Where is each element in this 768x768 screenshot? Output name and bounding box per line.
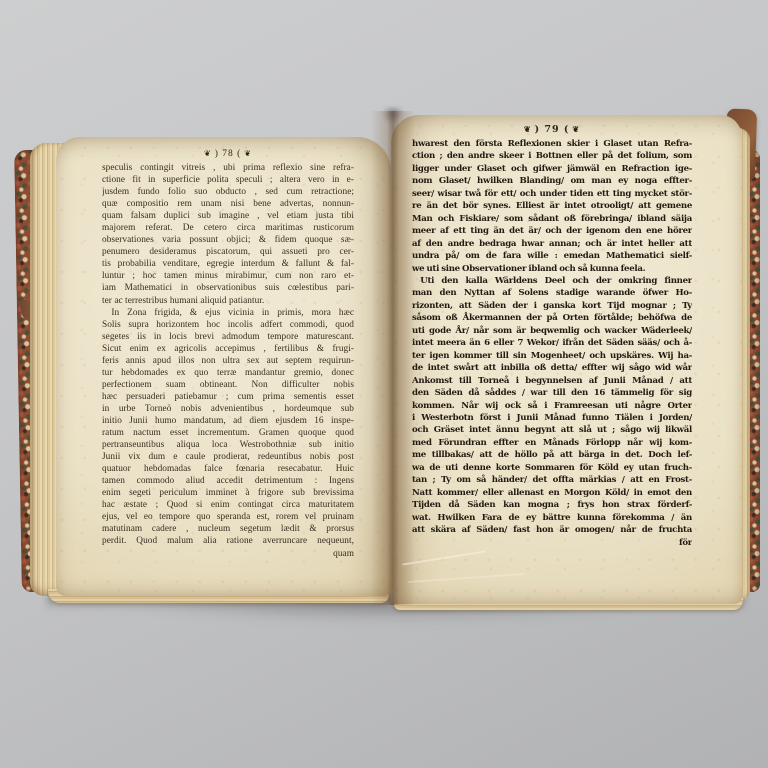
text-line: undra på/ om de fara wille : emedan Math… xyxy=(412,250,692,262)
printer-ornament-icon: ❦ xyxy=(244,149,252,158)
photo-background: ❦) 78 (❦ speculis contingit vitreis , ub… xyxy=(0,0,768,768)
text-line: Solis supra horizontem hoc incolis adfer… xyxy=(102,319,354,331)
text-line: Uti den kalla Wärldens Deel och der omkr… xyxy=(412,275,692,287)
text-line: iam Mathematici in observationibus suis … xyxy=(102,282,354,294)
text-line: intet meera än 6 eller 7 Wekor/ ifrån de… xyxy=(412,337,692,349)
text-line: enim segeti periculum imminet à frigore … xyxy=(102,487,354,499)
text-line: observationes varia possunt objici; & fi… xyxy=(102,234,354,246)
text-line: ter ac terrestribus humani aliquid patia… xyxy=(102,295,354,307)
right-page: ❦) 79 (❦ hwarest den första Reflexionen … xyxy=(391,115,742,604)
text-line: tamen commodo aliud accedit detrimentum … xyxy=(102,475,354,487)
text-line: tan ; Ty om så händer/ det offta märkias… xyxy=(412,474,692,486)
text-line: tis probabilia venditare, egregie interd… xyxy=(102,258,354,270)
left-page-header: ❦) 78 (❦ xyxy=(102,149,354,159)
left-page: ❦) 78 (❦ speculis contingit vitreis , ub… xyxy=(56,137,391,596)
text-line: för xyxy=(412,537,692,549)
left-page-number: ) 78 ( xyxy=(215,149,242,159)
text-line: ratum nactum esset incrementum. Gramen q… xyxy=(102,427,354,439)
text-line: quam falsam duplici sub imagine , vel et… xyxy=(102,210,354,222)
text-line: perdit. Quod malum alia ratione averrunc… xyxy=(102,535,354,547)
text-line: re än det bör synes. Elliest är intet ot… xyxy=(412,200,692,212)
text-line: seer/ wisar twå för ett/ och under tiden… xyxy=(412,188,692,200)
text-line: tur hebdomades ex quo terræ mandantur gr… xyxy=(102,367,354,379)
text-line: segetes iis in locis brevi admodum tempo… xyxy=(102,331,354,343)
text-line: luntur ; hoc tamen minus mirabimur, cum … xyxy=(102,270,354,282)
text-line: ejus, vel eo tempore quo speranda est, r… xyxy=(102,511,354,523)
text-line: med Förundran effter en Månads Förlopp n… xyxy=(412,437,692,449)
text-line: nom Glaset/ hwilken Blanding/ om man ey … xyxy=(412,175,692,187)
text-line: uti gode År/ når som är beqwemlig och wa… xyxy=(412,325,692,337)
right-page-number: ) 79 ( xyxy=(535,124,570,135)
left-page-text: speculis contingit vitreis , ubi prima r… xyxy=(102,162,354,560)
text-line: me tillbakas/ att de höllo på att bärga … xyxy=(412,449,692,461)
printer-ornament-icon: ❦ xyxy=(524,124,532,134)
text-line: speculis contingit vitreis , ubi prima r… xyxy=(102,162,354,174)
text-line: penumero desideramus piscatorum, qui ass… xyxy=(102,246,354,258)
text-line: ter igen kommer till sin Mogenheet/ och … xyxy=(412,350,692,362)
text-line: och Gräset intet ännu begynt att slå ut … xyxy=(412,424,692,436)
text-line: matutinam cadere , nucleum segetum lædit… xyxy=(102,523,354,535)
text-line: quam xyxy=(102,548,354,560)
text-line: meer af ett ting än det är/ och der igen… xyxy=(412,225,692,237)
text-line: initio Junii humo mandatum, ad diem ejus… xyxy=(102,415,354,427)
right-page-header: ❦) 79 (❦ xyxy=(412,124,692,135)
text-line: In Zona frigida, & ejus vicinia in primi… xyxy=(102,307,354,319)
right-page-text: hwarest den första Reflexionen skier i G… xyxy=(412,138,692,549)
text-line: quæ compositio rem unam nisi bene advert… xyxy=(102,198,354,210)
text-line: wat. Hwilken Fara de ey bättre kunna för… xyxy=(412,512,692,524)
text-line: Man och Fiskiare/ som sådant oß förebrin… xyxy=(412,213,692,225)
text-line: den Säden då såddes / war till den 16 tä… xyxy=(412,387,692,399)
text-line: man den Nyttan af Solens stadige warande… xyxy=(412,287,692,299)
text-line: de intet swårt att inbilla oß detta/ eff… xyxy=(412,362,692,374)
text-line: ligger under Glaset och gifwer jämwäl en… xyxy=(412,163,692,175)
text-line: majorem referat. De cetero circa maritim… xyxy=(102,222,354,234)
printer-ornament-icon: ❦ xyxy=(204,149,212,158)
text-line: Junii vix dum e caule prodierat, redeunt… xyxy=(102,451,354,463)
text-line: ction ; den andre skeer i Bottnen eller … xyxy=(412,150,692,162)
book: ❦) 78 (❦ speculis contingit vitreis , ub… xyxy=(0,0,768,768)
text-line: rizonten, att Säden der i ganska kort Ti… xyxy=(412,300,692,312)
text-line: Natt kommer/ eller allenast en Morgon Kö… xyxy=(412,487,692,499)
text-line: hæc persuaderi patiebamur ; cum prima se… xyxy=(102,391,354,403)
text-line: perfectionem suam obtineant. Non difficu… xyxy=(102,379,354,391)
text-line: hac æstate ; Quod si enim contingat circ… xyxy=(102,499,354,511)
text-line: Sicut enim ex agricolis accepimus , fert… xyxy=(102,343,354,355)
text-line: i Westerbotn först i Junii Månad funno T… xyxy=(412,412,692,424)
text-line: in urbe Torneö nobis advenientibus , hor… xyxy=(102,403,354,415)
text-line: Ankomst till Torneå i begynnelsen af Jun… xyxy=(412,375,692,387)
text-line: kommen. Når wij ock så i Framreesan uti … xyxy=(412,400,692,412)
text-line: af den andre bedraga hwar annan; och är … xyxy=(412,238,692,250)
text-line: såsom oß Åkermannen der på Orten förtåld… xyxy=(412,312,692,324)
text-line: att skära af Säden/ fast hon är omogen/ … xyxy=(412,524,692,536)
text-line: Tijden då Säden kan mogna ; frys hon str… xyxy=(412,499,692,511)
text-line: wa de uti denne korte Sommaren för Köld … xyxy=(412,462,692,474)
text-line: jusdem fundo folio suo obducto , sed cum… xyxy=(102,186,354,198)
text-line: pertranseuntibus aliqua loca Westrobothn… xyxy=(102,439,354,451)
text-line: hwarest den första Reflexionen skier i G… xyxy=(412,138,692,150)
printer-ornament-icon: ❦ xyxy=(572,124,580,134)
text-line: ctione fit in superficie polita speculi … xyxy=(102,174,354,186)
text-line: feris annis apud illos non ultra sex aut… xyxy=(102,355,354,367)
text-line: quatuor hebdomadas falce fœnaria resecab… xyxy=(102,463,354,475)
text-line: we uti sine Observationer ibland och så … xyxy=(412,263,692,275)
